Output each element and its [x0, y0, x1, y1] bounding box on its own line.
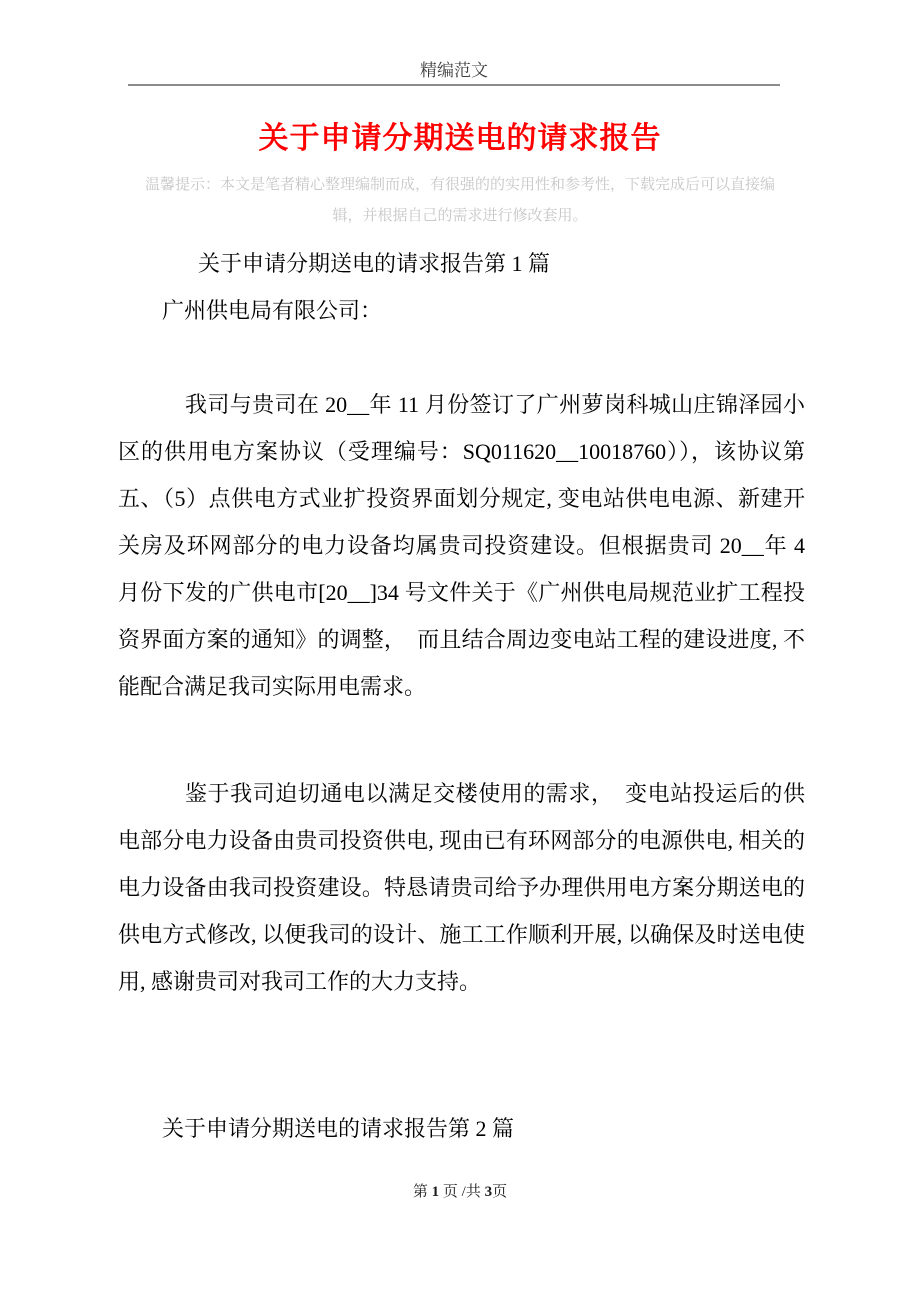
footer-page-middle: 页 /共: [443, 1184, 481, 1200]
document-body: 关于申请分期送电的请求报告第 1 篇 广州供电局有限公司： 我司与贵司在 20_…: [118, 240, 805, 1152]
document-title: 关于申请分期送电的请求报告: [0, 120, 920, 158]
running-head-label: 精编范文: [420, 61, 488, 80]
body-paragraph-1: 我司与贵司在 20__年 11 月份签订了广州萝岗科城山庄锦泽园小区的供用电方案…: [118, 381, 805, 710]
document-page: 精编范文 关于申请分期送电的请求报告 温馨提示：本文是笔者精心整理编制而成，有很…: [0, 0, 920, 1302]
footer-current-page: 1: [432, 1184, 440, 1200]
footer-page-prefix: 第: [413, 1184, 428, 1200]
section-1-heading: 关于申请分期送电的请求报告第 1 篇: [118, 240, 805, 287]
hint-text: 温馨提示：本文是笔者精心整理编制而成，有很强的的实用性和参考性，下载完成后可以直…: [135, 170, 785, 232]
footer-total-pages: 3: [485, 1184, 493, 1200]
salutation: 广州供电局有限公司：: [118, 287, 805, 334]
section-2-heading: 关于申请分期送电的请求报告第 2 篇: [118, 1105, 805, 1152]
footer-page-suffix: 页: [492, 1184, 507, 1200]
body-paragraph-2: 鉴于我司迫切通电以满足交楼使用的需求， 变电站投运后的供电部分电力设备由贵司投资…: [118, 770, 805, 1005]
running-head: 精编范文: [128, 0, 780, 86]
page-footer: 第 1 页 /共 3页: [0, 1180, 920, 1204]
